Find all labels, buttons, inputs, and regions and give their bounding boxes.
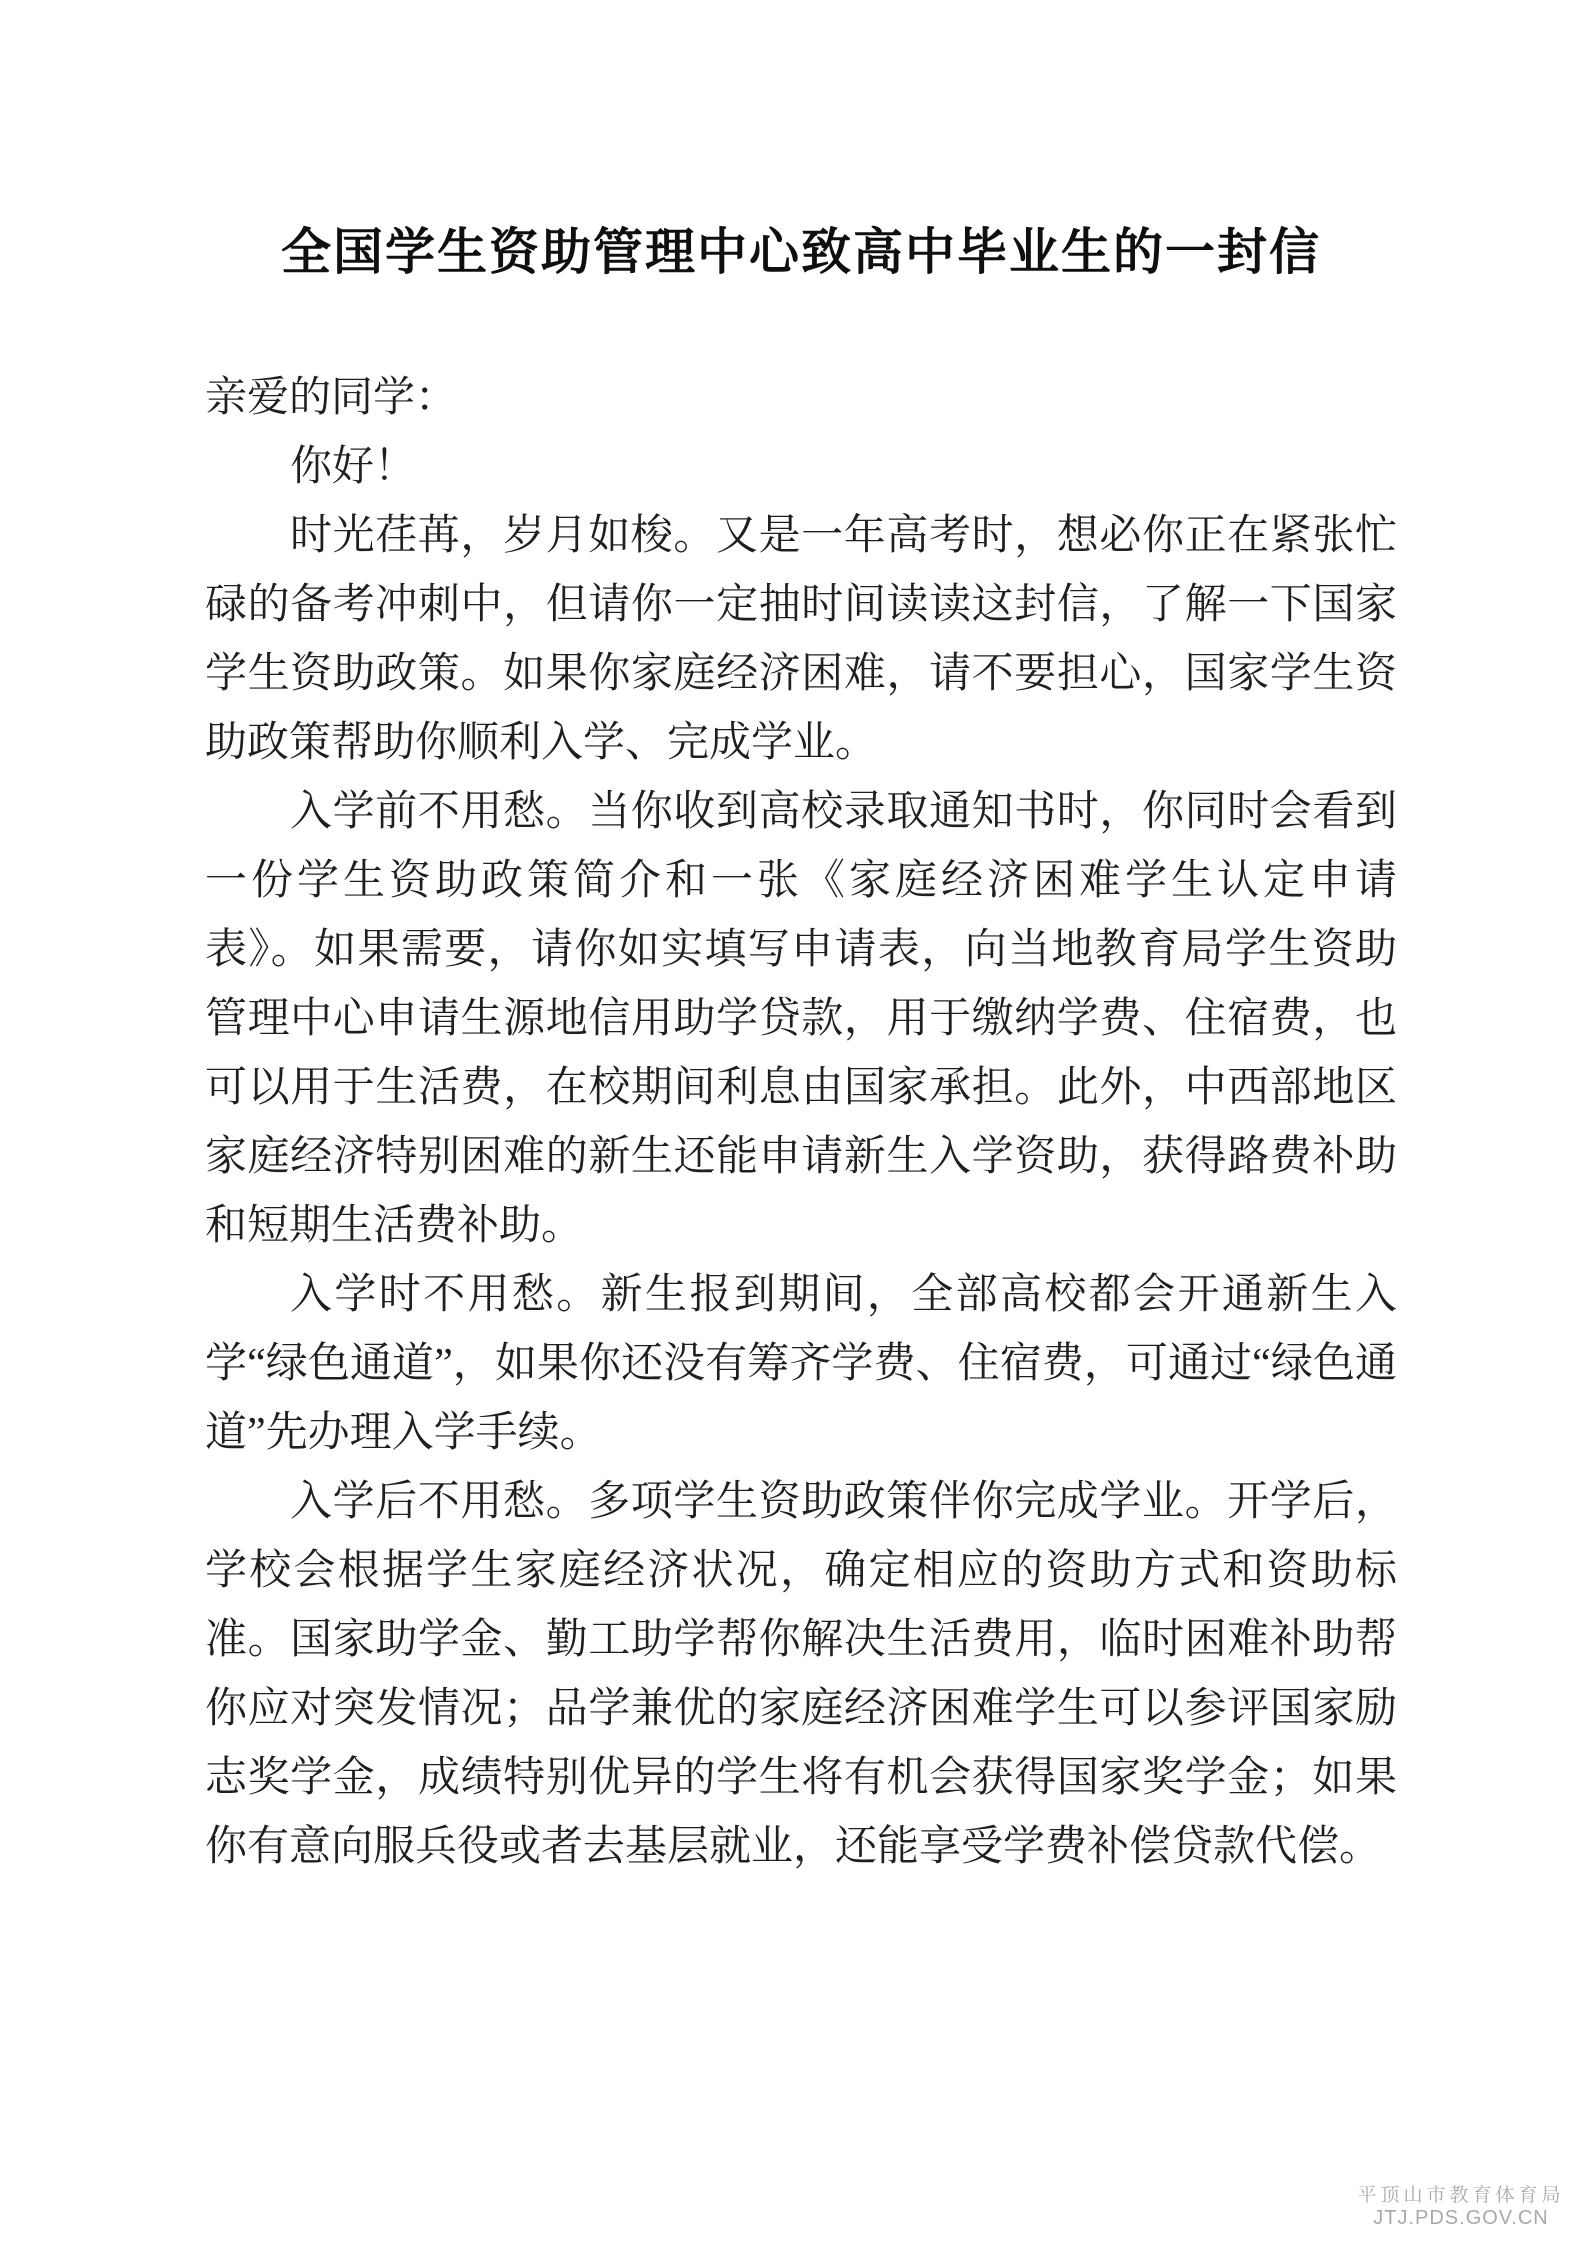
paragraph-at-enrollment: 入学时不用愁。新生报到期间，全部高校都会开通新生入学“绿色通道”，如果你还没有筹…: [205, 1261, 1397, 1468]
watermark-url: JTJ.PDS.GOV.CN: [1356, 2207, 1566, 2230]
paragraph-after-enrollment: 入学后不用愁。多项学生资助政策伴你完成学业。开学后，学校会根据学生家庭经济状况，…: [205, 1468, 1397, 1882]
letter-title: 全国学生资助管理中心致高中毕业生的一封信: [205, 222, 1397, 282]
letter-page: 全国学生资助管理中心致高中毕业生的一封信 亲爱的同学： 你好！ 时光荏苒，岁月如…: [0, 0, 1587, 2245]
paragraph-before-enrollment: 入学前不用愁。当你收到高校录取通知书时，你同时会看到一份学生资助政策简介和一张《…: [205, 778, 1397, 1261]
salutation-line: 亲爱的同学：: [205, 364, 1397, 433]
watermark-org-name: 平顶山市教育体育局: [1356, 2184, 1566, 2207]
watermark: 平顶山市教育体育局 JTJ.PDS.GOV.CN: [1356, 2184, 1566, 2230]
greeting-line: 你好！: [205, 433, 1397, 502]
paragraph-intro: 时光荏苒，岁月如梭。又是一年高考时，想必你正在紧张忙碌的备考冲刺中，但请你一定抽…: [205, 502, 1397, 778]
letter-body: 亲爱的同学： 你好！ 时光荏苒，岁月如梭。又是一年高考时，想必你正在紧张忙碌的备…: [205, 364, 1397, 1882]
